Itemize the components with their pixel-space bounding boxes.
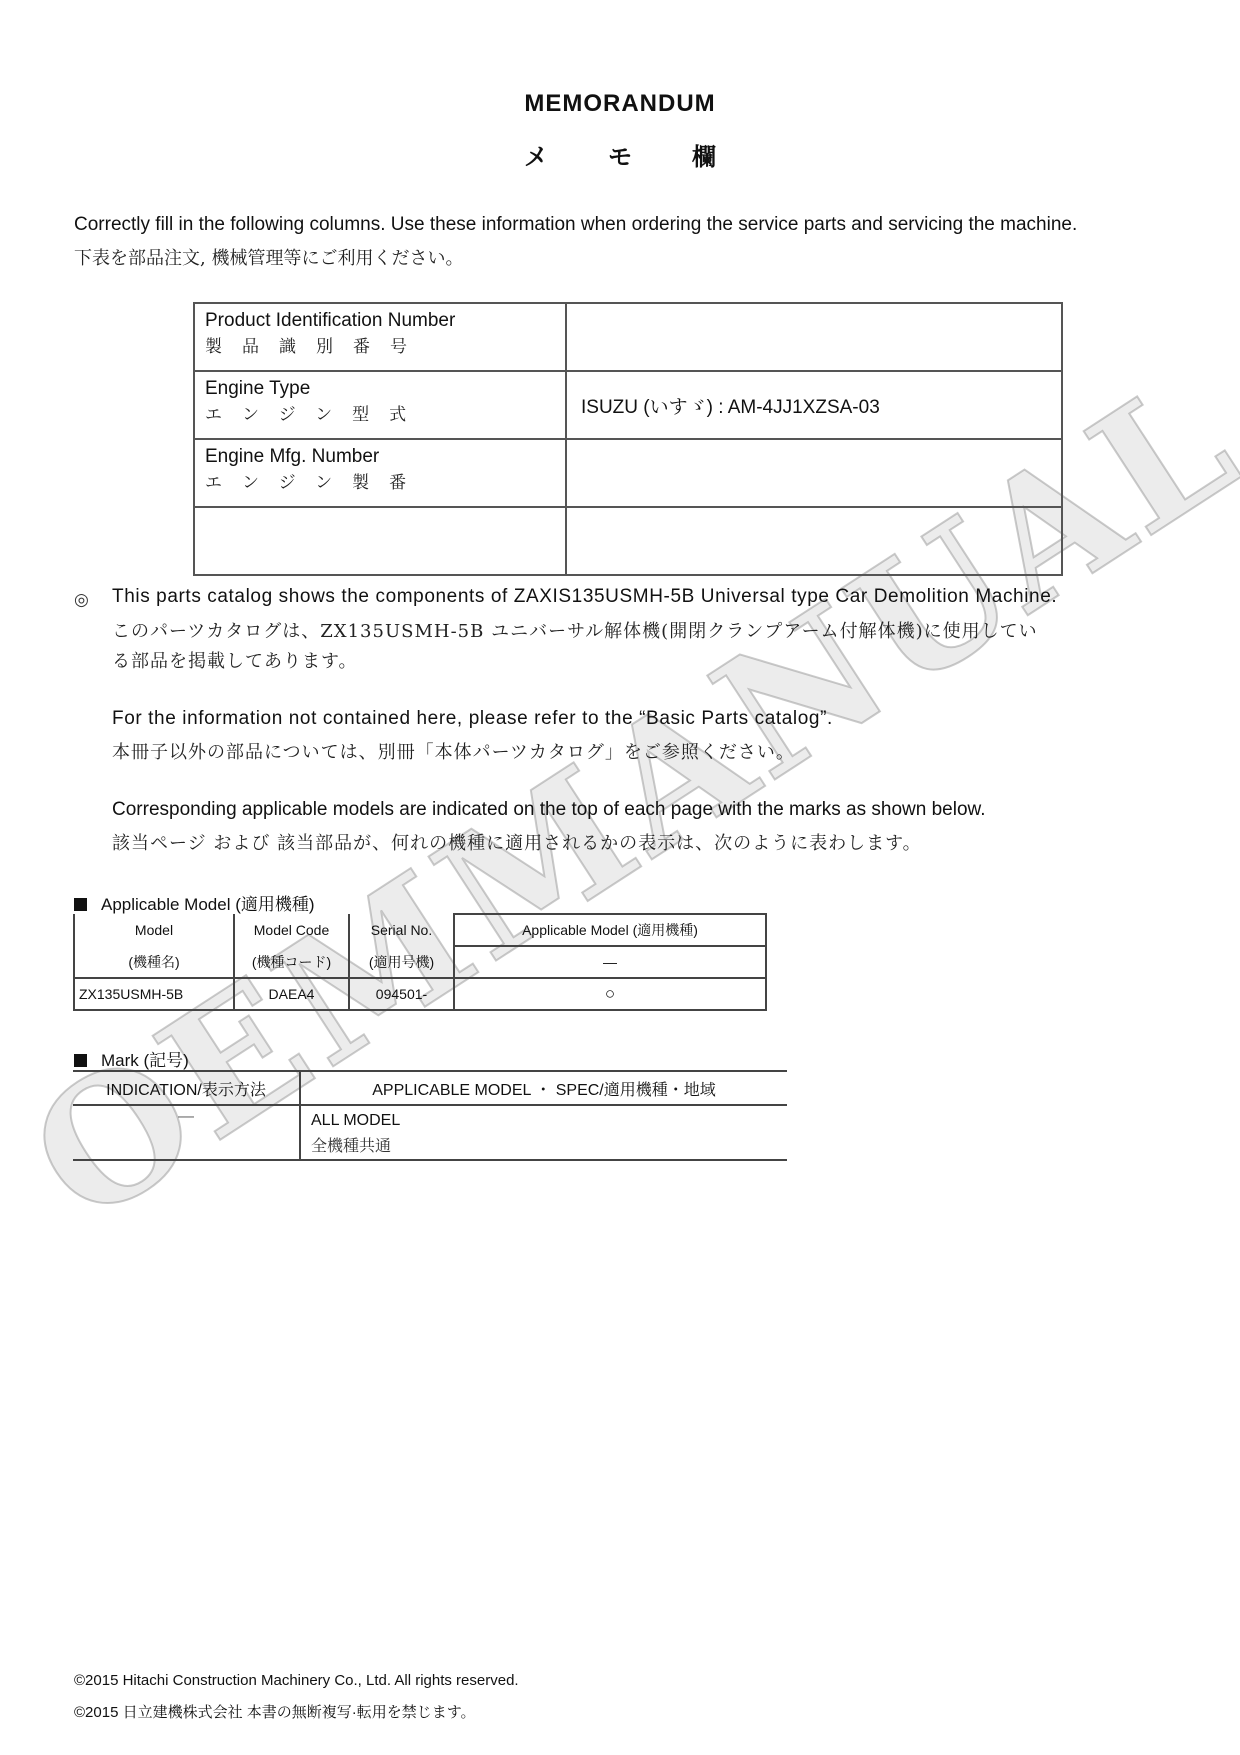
header-serial-jp: (適用号機) xyxy=(349,946,454,978)
page-title: MEMORANDUM xyxy=(0,90,1240,118)
header-model-code-jp: (機種コード) xyxy=(234,946,349,978)
cell-applicable-circle-icon: ○ xyxy=(454,978,766,1010)
note-1-jp-line1: このパーツカタログは、ZX135USMH-5B ユニバーサル解体機(開閉クランプ… xyxy=(112,617,1038,643)
table-header-row: INDICATION/表示方法 APPLICABLE MODEL ・ SPEC/… xyxy=(73,1071,787,1105)
title-jp-char: 欄 xyxy=(692,137,716,172)
intro-text-en: Correctly fill in the following columns.… xyxy=(74,214,1077,236)
memo-label-en: Engine Type xyxy=(205,376,555,402)
memo-label-jp: エンジン製番 xyxy=(205,470,555,496)
memo-label-jp: エンジン型式 xyxy=(205,402,555,428)
memo-label-en: Product Identification Number xyxy=(205,308,555,334)
header-model-jp: (機種名) xyxy=(74,946,234,978)
title-jp-char: モ xyxy=(608,137,632,172)
blank-label-field[interactable] xyxy=(194,507,566,575)
page-title-jp: メモ欄 xyxy=(0,137,1240,172)
note-2-en: For the information not contained here, … xyxy=(112,708,833,730)
title-jp-char: メ xyxy=(524,137,548,172)
copyright-jp: ©2015 日立建機株式会社 本書の無断複写·転用を禁じます。 xyxy=(74,1701,476,1722)
memo-label-en: Engine Mfg. Number xyxy=(205,444,555,470)
intro-text-jp: 下表を部品注文, 機械管理等にご利用ください。 xyxy=(74,244,463,270)
spec-jp: 全機種共通 xyxy=(311,1133,786,1158)
cell-model-code: DAEA4 xyxy=(234,978,349,1010)
table-row xyxy=(194,507,1062,575)
cell-serial: 094501- xyxy=(349,978,454,1010)
table-header-row: (機種名) (機種コード) (適用号機) — xyxy=(74,946,766,978)
applicable-model-heading-text: Applicable Model (適用機種) xyxy=(101,895,315,914)
cell-spec: ALL MODEL 全機種共通 xyxy=(300,1105,787,1160)
header-serial: Serial No. xyxy=(349,914,454,946)
header-applicable-spec: APPLICABLE MODEL ・ SPEC/適用機種・地域 xyxy=(300,1071,787,1105)
header-model-code: Model Code xyxy=(234,914,349,946)
double-circle-bullet-icon: ◎ xyxy=(74,590,89,610)
table-header-row: Model Model Code Serial No. Applicable M… xyxy=(74,914,766,946)
cell-indication: — xyxy=(73,1105,300,1160)
note-2-jp: 本冊子以外の部品については、別冊「本体パーツカタログ」をご参照ください。 xyxy=(112,738,795,764)
header-model: Model xyxy=(74,914,234,946)
blank-value-field[interactable] xyxy=(566,507,1062,575)
black-square-icon xyxy=(74,898,87,911)
table-row: — ALL MODEL 全機種共通 xyxy=(73,1105,787,1160)
header-applicable-mark: — xyxy=(454,946,766,978)
header-indication: INDICATION/表示方法 xyxy=(73,1071,300,1105)
engine-mfg-number-field[interactable] xyxy=(566,439,1062,507)
mark-heading-text: Mark (記号) xyxy=(101,1051,189,1070)
note-1-en: This parts catalog shows the components … xyxy=(112,586,1057,608)
applicable-model-heading: Applicable Model (適用機種) xyxy=(74,890,315,915)
note-3-en: Corresponding applicable models are indi… xyxy=(112,799,985,821)
table-row: Engine Type エンジン型式 ISUZU (いすゞ) : AM-4JJ1… xyxy=(194,371,1062,439)
memo-table: Product Identification Number 製品識別番号 Eng… xyxy=(193,302,1063,576)
memo-label-cell: Product Identification Number 製品識別番号 xyxy=(194,303,566,371)
memo-label-cell: Engine Mfg. Number エンジン製番 xyxy=(194,439,566,507)
header-applicable: Applicable Model (適用機種) xyxy=(454,914,766,946)
mark-table: INDICATION/表示方法 APPLICABLE MODEL ・ SPEC/… xyxy=(73,1070,787,1161)
applicable-model-table: Model Model Code Serial No. Applicable M… xyxy=(73,913,767,1011)
table-row: Engine Mfg. Number エンジン製番 xyxy=(194,439,1062,507)
cell-model: ZX135USMH-5B xyxy=(74,978,234,1010)
product-id-field[interactable] xyxy=(566,303,1062,371)
note-1-jp-line2: る部品を掲載してあります。 xyxy=(112,647,358,673)
table-row: Product Identification Number 製品識別番号 xyxy=(194,303,1062,371)
copyright-en: ©2015 Hitachi Construction Machinery Co.… xyxy=(74,1672,519,1689)
memo-label-jp: 製品識別番号 xyxy=(205,334,555,360)
black-square-icon xyxy=(74,1054,87,1067)
memo-label-cell: Engine Type エンジン型式 xyxy=(194,371,566,439)
note-3-jp: 該当ページ および 該当部品が、何れの機種に適用されるかの表示は、次のように表わ… xyxy=(112,829,922,855)
engine-type-field[interactable]: ISUZU (いすゞ) : AM-4JJ1XZSA-03 xyxy=(566,371,1062,439)
table-row: ZX135USMH-5B DAEA4 094501- ○ xyxy=(74,978,766,1010)
spec-en: ALL MODEL xyxy=(311,1108,786,1133)
mark-heading: Mark (記号) xyxy=(74,1046,189,1071)
